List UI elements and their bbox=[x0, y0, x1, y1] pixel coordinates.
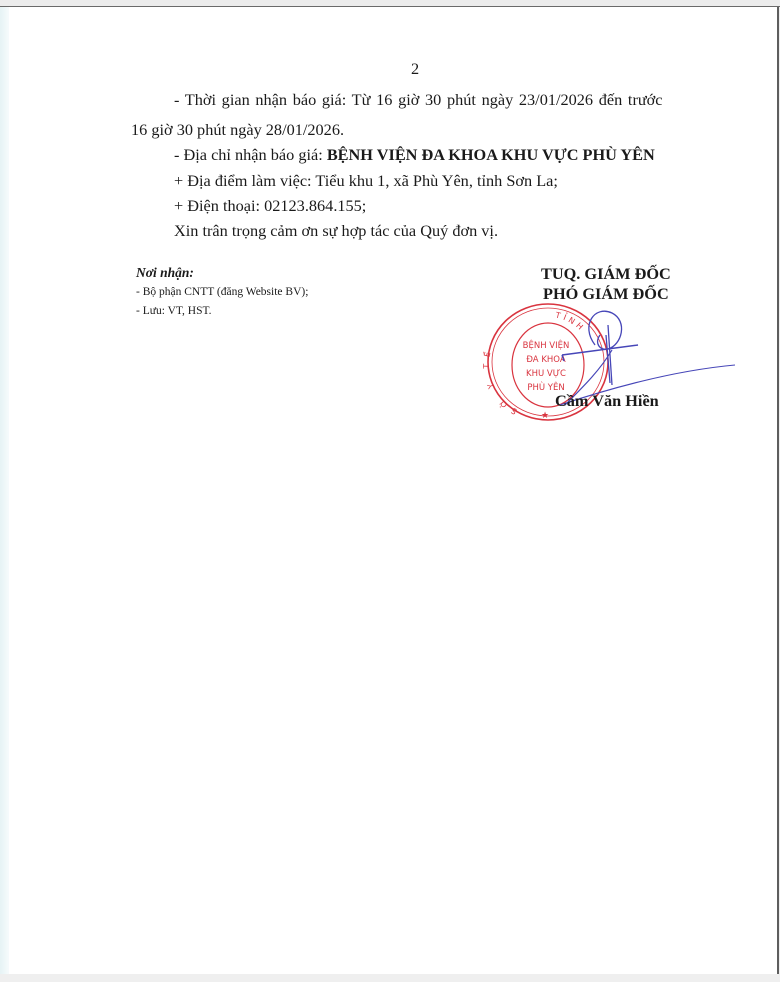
address-value: BỆNH VIỆN ĐA KHOA KHU VỰC PHÙ YÊN bbox=[327, 145, 655, 164]
signature-title-authorized: TUQ. GIÁM ĐỐC bbox=[541, 264, 671, 284]
scan-edge bbox=[0, 7, 9, 974]
recipients-title: Nơi nhận: bbox=[136, 265, 194, 281]
address-label: - Địa chỉ nhận báo giá: bbox=[174, 145, 327, 164]
page-number: 2 bbox=[411, 59, 419, 79]
workplace-line: + Địa điểm làm việc: Tiểu khu 1, xã Phù … bbox=[174, 171, 558, 191]
recipient-item: - Bộ phận CNTT (đăng Website BV); bbox=[136, 286, 308, 298]
viewer-top-bar bbox=[0, 0, 780, 7]
address-line: - Địa chỉ nhận báo giá: BỆNH VIỆN ĐA KHO… bbox=[174, 145, 655, 165]
quote-time-line: - Thời gian nhận báo giá: Từ 16 giờ 30 p… bbox=[174, 90, 663, 110]
quote-time-line-cont: 16 giờ 30 phút ngày 28/01/2026. bbox=[131, 120, 344, 140]
thanks-line: Xin trân trọng cảm ơn sự hợp tác của Quý… bbox=[174, 221, 498, 241]
recipient-item: - Lưu: VT, HST. bbox=[136, 305, 212, 317]
phone-line: + Điện thoại: 02123.864.155; bbox=[174, 196, 366, 216]
signer-name: Cầm Văn Hiền bbox=[555, 391, 659, 411]
viewer-bottom-bar bbox=[0, 974, 780, 982]
